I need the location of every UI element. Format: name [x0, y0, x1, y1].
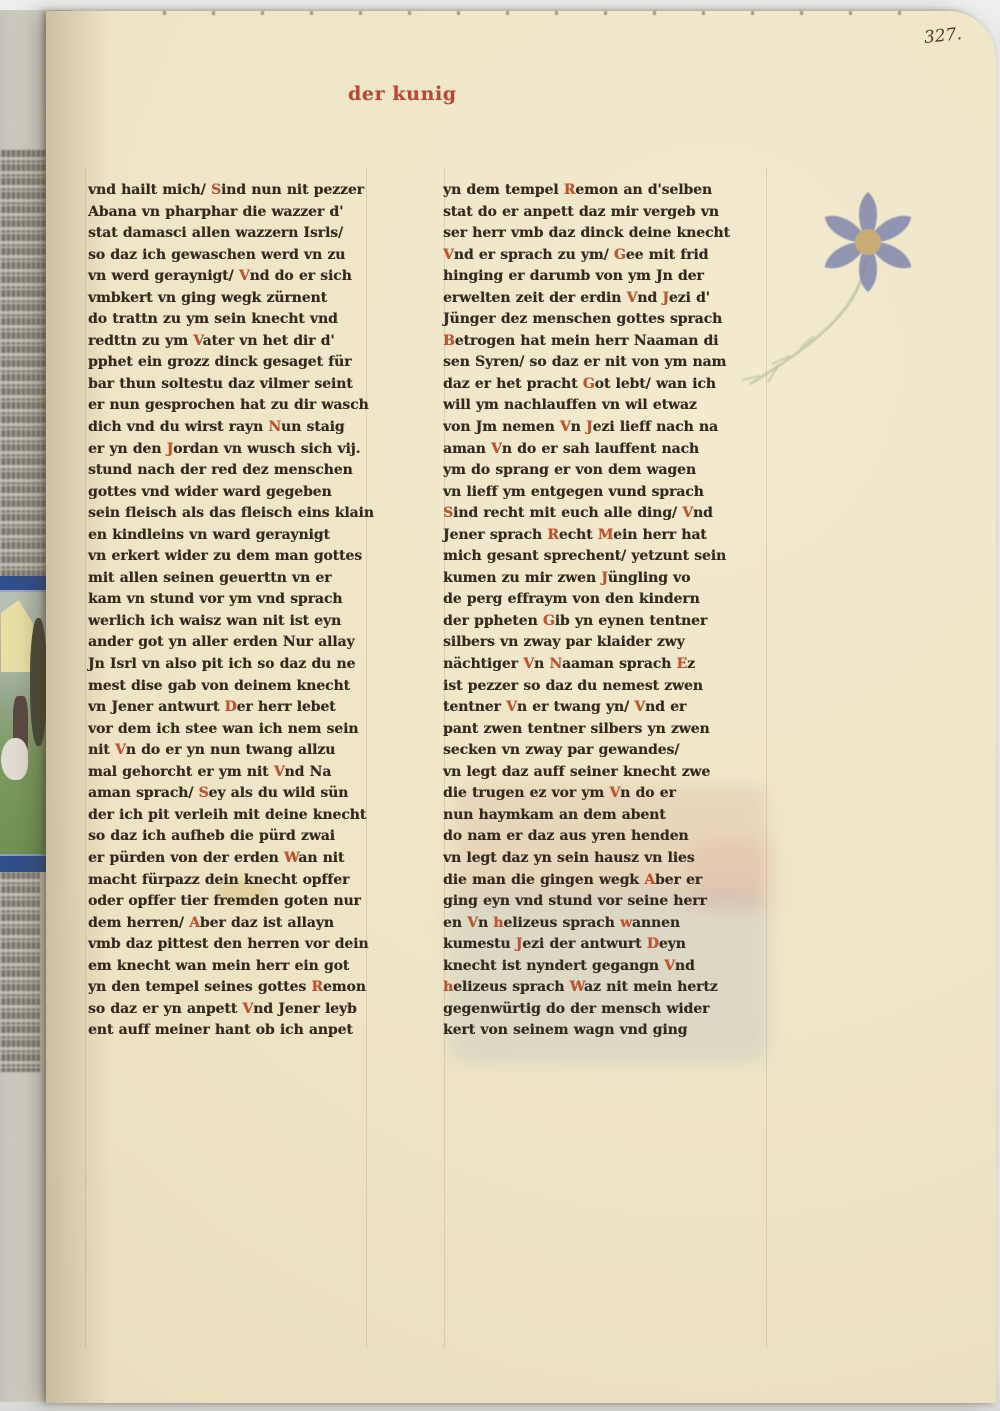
manuscript-text-line: tentner Vn er twang yn/ Vnd er	[443, 697, 773, 719]
manuscript-text-line: sein fleisch als das fleisch eins klain	[88, 503, 396, 525]
manuscript-text-line: Vnd er sprach zu ym/ Gee mit frid	[443, 245, 773, 267]
manuscript-text-line: en kindleins vn ward geraynigt	[88, 525, 396, 547]
manuscript-text-line: erwelten zeit der erdin Vnd Jezi d'	[443, 288, 773, 310]
manuscript-text-line: macht fürpazz dein knecht opffer	[88, 870, 396, 892]
manuscript-text-line: die trugen ez vor ym Vn do er	[443, 783, 773, 805]
manuscript-text-line: mich gesant sprechent/ yetzunt sein	[443, 546, 773, 568]
manuscript-text-line: yn den tempel seines gottes Remon	[88, 977, 396, 999]
manuscript-text-line: ist pezzer so daz du nemest zwen	[443, 676, 773, 698]
manuscript-text-line: kam vn stund vor ym vnd sprach	[88, 589, 396, 611]
manuscript-text-line: dem herren/ Aber daz ist allayn	[88, 913, 396, 935]
manuscript-text-line: knecht ist nyndert gegangn Vnd	[443, 956, 773, 978]
manuscript-text-line: vmb daz pittest den herren vor dein	[88, 934, 396, 956]
manuscript-text-line: helizeus sprach Waz nit mein hertz	[443, 977, 773, 999]
manuscript-text-line: vmbkert vn ging wegk zürnent	[88, 288, 396, 310]
manuscript-text-line: von Jm nemen Vn Jezi lieff nach na	[443, 417, 773, 439]
manuscript-text-line: Sind recht mit euch alle ding/ Vnd	[443, 503, 773, 525]
manuscript-text-line: vnd hailt mich/ Sind nun nit pezzer	[88, 180, 396, 202]
manuscript-text-line: nächtiger Vn Naaman sprach Ez	[443, 654, 773, 676]
manuscript-text-line: Jener sprach Recht Mein herr hat	[443, 525, 773, 547]
facing-page-text-fragment-bottom	[0, 872, 40, 1072]
manuscript-text-line: nun haymkam an dem abent	[443, 805, 773, 827]
manuscript-text-line: vn legt daz yn sein hausz vn lies	[443, 848, 773, 870]
manuscript-text-line: Jn Isrl vn also pit ich so daz du ne	[88, 654, 396, 676]
page-edge-specks	[136, 11, 936, 15]
manuscript-text-line: er nun gesprochen hat zu dir wasch	[88, 395, 396, 417]
manuscript-text-line: do trattn zu ym sein knecht vnd	[88, 309, 396, 331]
manuscript-text-line: vor dem ich stee wan ich nem sein	[88, 719, 396, 741]
manuscript-text-line: hinging er darumb von ym Jn der	[443, 266, 773, 288]
manuscript-text-line: der ich pit verleih mit deine knecht	[88, 805, 396, 827]
miniature-frame-top	[0, 576, 50, 592]
manuscript-text-line: dich vnd du wirst rayn Nun staig	[88, 417, 396, 439]
manuscript-text-line: stat damasci allen wazzern Isrls/	[88, 223, 396, 245]
ruling-line	[85, 168, 86, 1348]
manuscript-text-line: er yn den Jordan vn wusch sich vij.	[88, 439, 396, 461]
miniature-scene	[0, 592, 50, 854]
manuscript-text-line: vn lieff ym entgegen vund sprach	[443, 482, 773, 504]
manuscript-text-line: do nam er daz aus yren henden	[443, 826, 773, 848]
manuscript-text-line: silbers vn zway par klaider zwy	[443, 632, 773, 654]
manuscript-text-line: en Vn helizeus sprach wannen	[443, 913, 773, 935]
manuscript-text-line: so daz ich aufheb die pürd zwai	[88, 826, 396, 848]
manuscript-text-line: bar thun soltestu daz vilmer seint	[88, 374, 396, 396]
miniature-horse	[1, 738, 28, 780]
manuscript-text-line: so daz ich gewaschen werd vn zu	[88, 245, 396, 267]
manuscript-text-line: oder opffer tier fremden goten nur	[88, 891, 396, 913]
manuscript-text-line: die man die gingen wegk Aber er	[443, 870, 773, 892]
miniature-tree	[30, 618, 47, 746]
manuscript-text-line: der ppheten Gib yn eynen tentner	[443, 611, 773, 633]
miniature-frame-bottom	[0, 854, 50, 872]
manuscript-text-line: so daz er yn anpett Vnd Jener leyb	[88, 999, 396, 1021]
manuscript-text-line: kumestu Jezi der antwurt Deyn	[443, 934, 773, 956]
manuscript-text-line: de perg effraym von den kindern	[443, 589, 773, 611]
manuscript-text-line: ym do sprang er von dem wagen	[443, 460, 773, 482]
manuscript-text-line: redttn zu ym Vater vn het dir d'	[88, 331, 396, 353]
manuscript-text-line: gottes vnd wider ward gegeben	[88, 482, 396, 504]
text-column-2: yn dem tempel Remon an d'selbenstat do e…	[443, 180, 773, 1042]
manuscript-text-line: sen Syren/ so daz er nit von ym nam	[443, 352, 773, 374]
manuscript-text-line: Abana vn pharphar die wazzer d'	[88, 202, 396, 224]
manuscript-text-line: er pürden von der erden Wan nit	[88, 848, 396, 870]
manuscript-text-line: Betrogen hat mein herr Naaman di	[443, 331, 773, 353]
manuscript-text-line: vn Jener antwurt Der herr lebet	[88, 697, 396, 719]
manuscript-photo: der kunig 327. vnd hailt mich/ Sind nun …	[0, 0, 1000, 1411]
manuscript-text-line: ander got yn aller erden Nur allay	[88, 632, 396, 654]
manuscript-text-line: aman sprach/ Sey als du wild sün	[88, 783, 396, 805]
manuscript-text-line: aman Vn do er sah lauffent nach	[443, 439, 773, 461]
manuscript-text-line: ging eyn vnd stund vor seine herr	[443, 891, 773, 913]
rubric-header: der kunig	[348, 83, 457, 105]
text-column-1: vnd hailt mich/ Sind nun nit pezzerAbana…	[88, 180, 396, 1042]
manuscript-text-line: ent auff meiner hant ob ich anpet	[88, 1020, 396, 1042]
manuscript-text-line: pphet ein grozz dinck gesaget für	[88, 352, 396, 374]
manuscript-text-line: daz er het pracht Got lebt/ wan ich	[443, 374, 773, 396]
manuscript-text-line: mal gehorcht er ym nit Vnd Na	[88, 762, 396, 784]
manuscript-text-line: nit Vn do er yn nun twang allzu	[88, 740, 396, 762]
manuscript-text-line: yn dem tempel Remon an d'selben	[443, 180, 773, 202]
flower-center	[855, 229, 881, 255]
manuscript-text-line: pant zwen tentner silbers yn zwen	[443, 719, 773, 741]
manuscript-text-line: stat do er anpett daz mir vergeb vn	[443, 202, 773, 224]
miniature-tent	[1, 600, 33, 672]
manuscript-text-line: vn werd geraynigt/ Vnd do er sich	[88, 266, 396, 288]
manuscript-text-line: vn legt daz auff seiner knecht zwe	[443, 762, 773, 784]
manuscript-text-line: stund nach der red dez menschen	[88, 460, 396, 482]
manuscript-text-line: em knecht wan mein herr ein got	[88, 956, 396, 978]
manuscript-text-line: will ym nachlauffen vn wil etwaz	[443, 395, 773, 417]
manuscript-text-line: Jünger dez menschen gottes sprach	[443, 309, 773, 331]
manuscript-text-line: werlich ich waisz wan nit ist eyn	[88, 611, 396, 633]
manuscript-text-line: kumen zu mir zwen Jüngling vo	[443, 568, 773, 590]
manuscript-text-line: gegenwürtig do der mensch wider	[443, 999, 773, 1021]
manuscript-text-line: mest dise gab von deinem knecht	[88, 676, 396, 698]
folio-number: 327.	[923, 24, 963, 48]
facing-page-text-fragment-top	[0, 150, 46, 588]
facing-page-miniature	[0, 576, 50, 872]
manuscript-text-line: ser herr vmb daz dinck deine knecht	[443, 223, 773, 245]
manuscript-text-line: vn erkert wider zu dem man gottes	[88, 546, 396, 568]
manuscript-text-line: secken vn zway par gewandes/	[443, 740, 773, 762]
manuscript-page: der kunig 327. vnd hailt mich/ Sind nun …	[46, 11, 996, 1403]
manuscript-text-line: mit allen seinen geuerttn vn er	[88, 568, 396, 590]
manuscript-text-line: kert von seinem wagn vnd ging	[443, 1020, 773, 1042]
